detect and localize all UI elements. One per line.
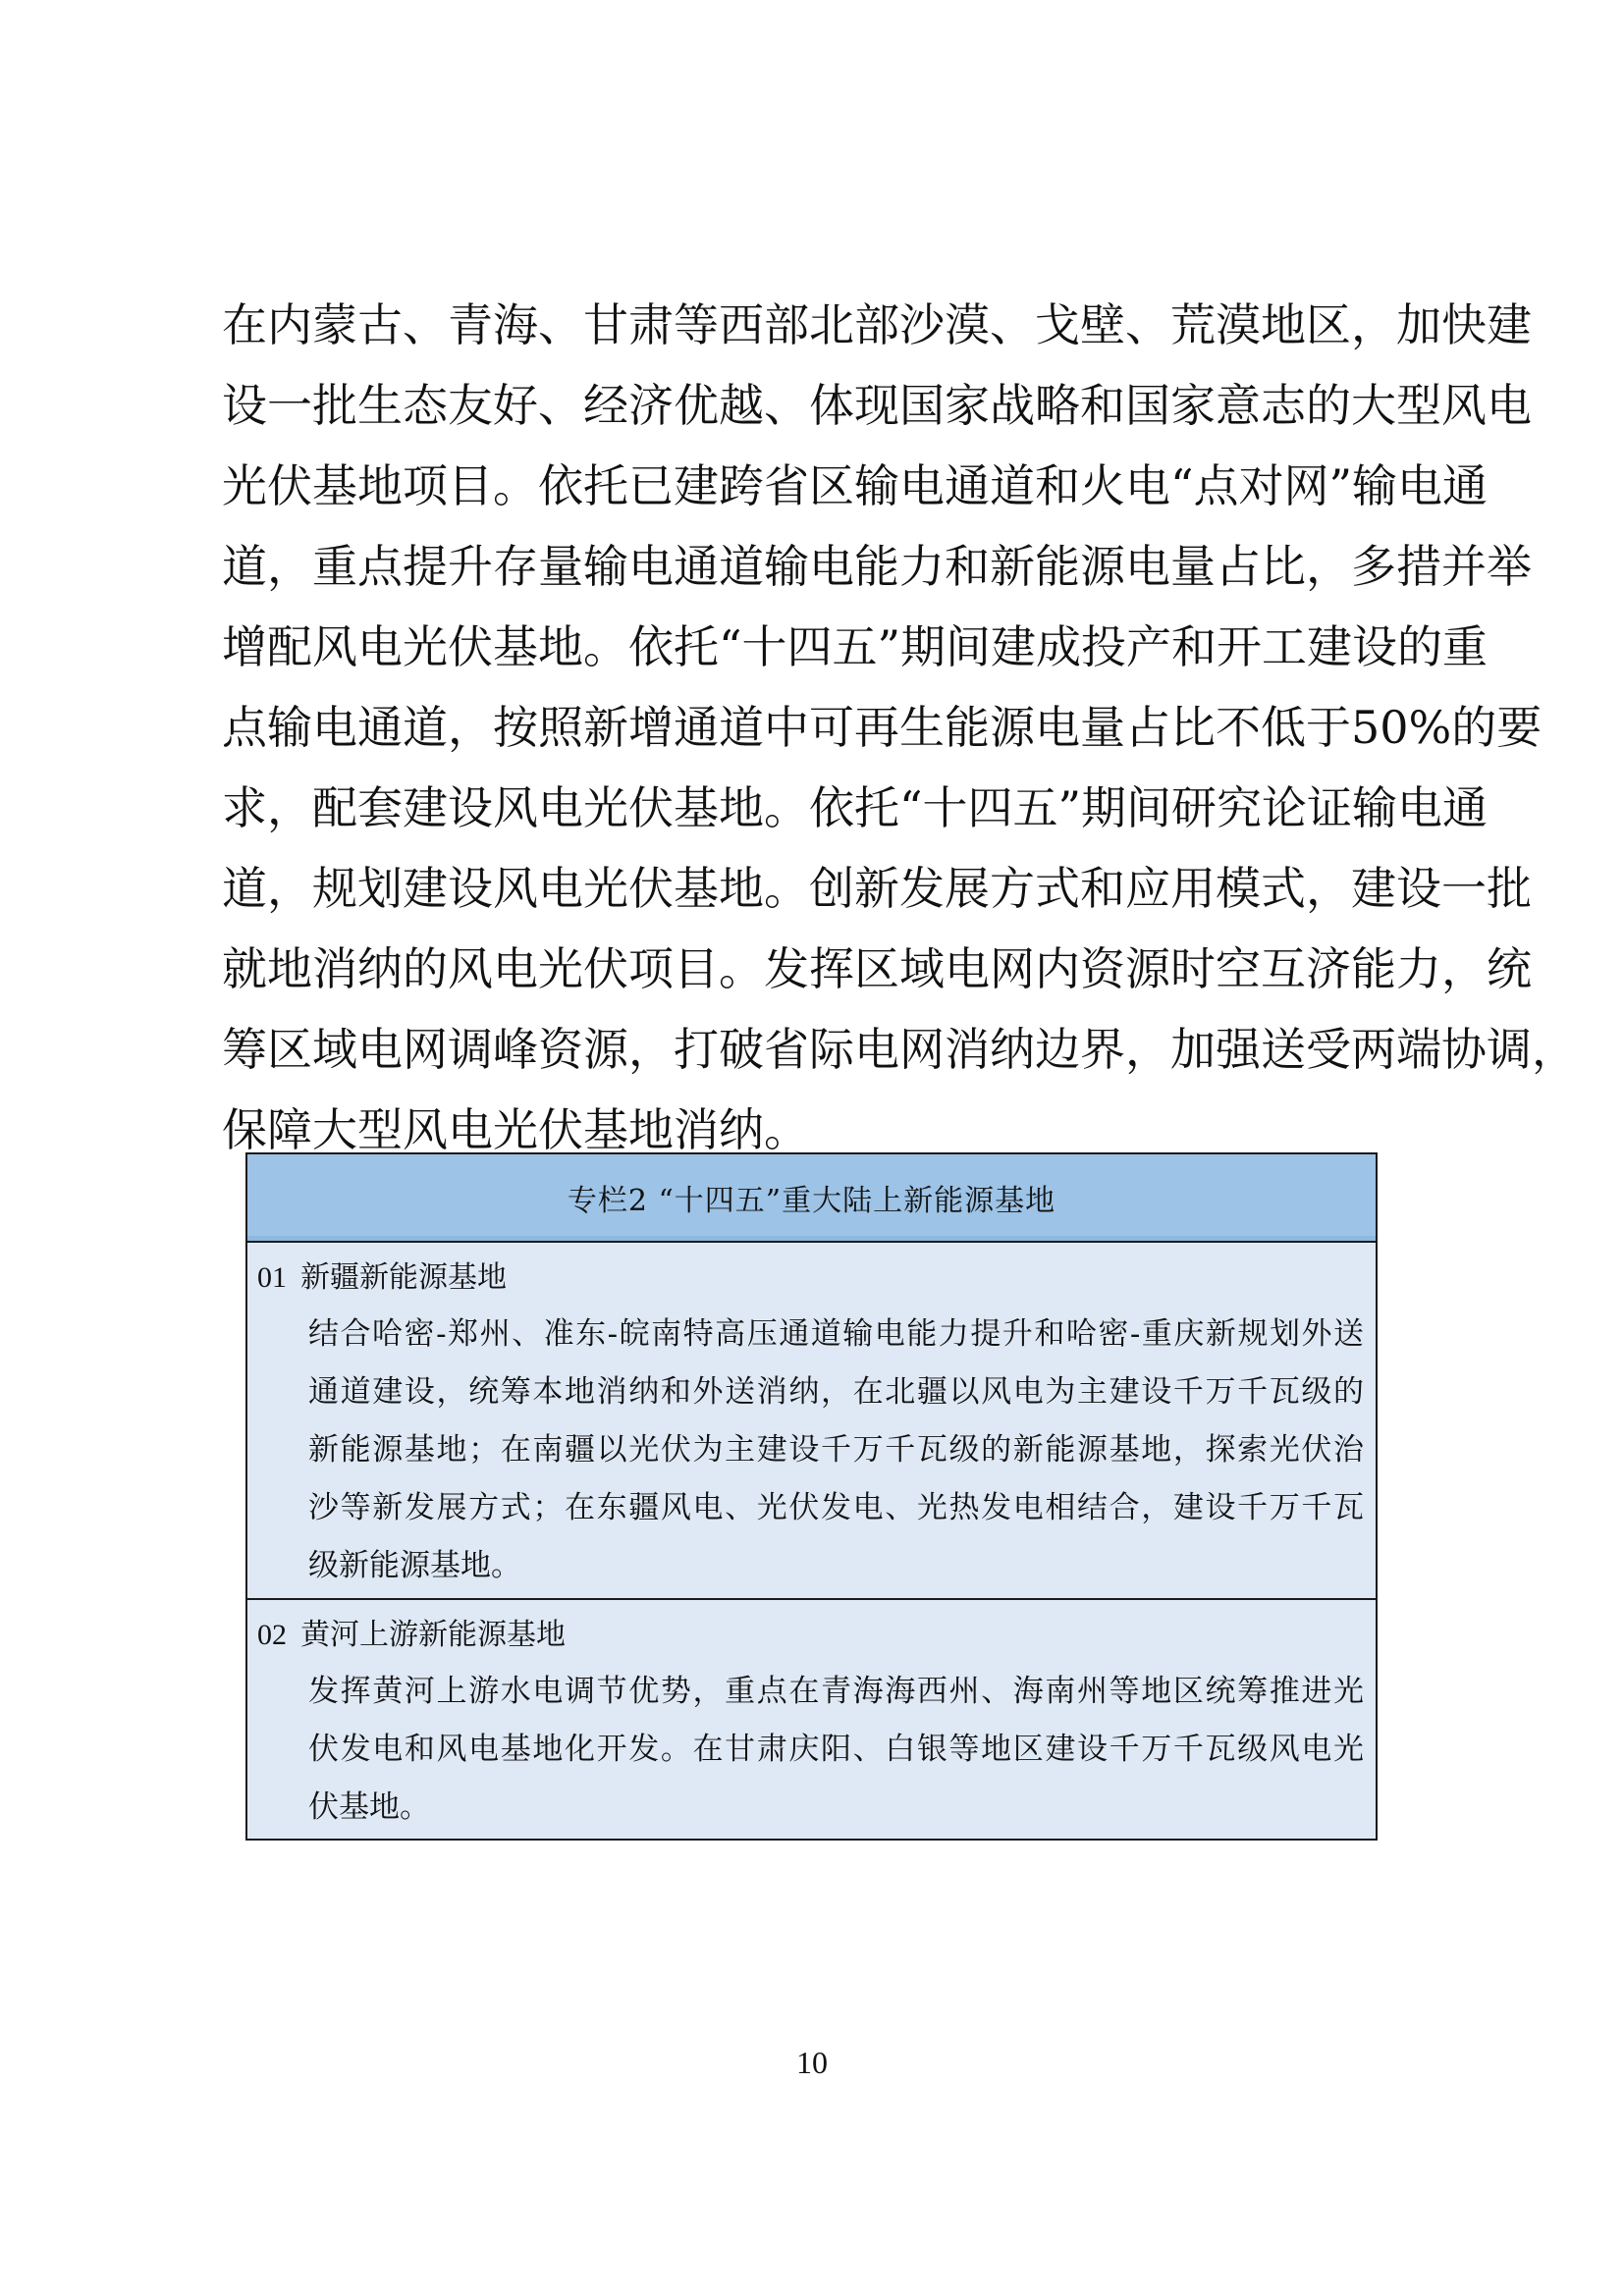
row-heading: 02黄河上游新能源基地 [257,1608,1364,1663]
box-row-yellow-river: 02黄河上游新能源基地 发挥黄河上游水电调节优势，重点在青海海西州、海南州等地区… [247,1600,1376,1841]
paragraph-line: 设一批生态友好、经济优越、体现国家战略和国家意志的大型风电 [222,375,1414,455]
row-body-line: 伏发电和风电基地化开发。在甘肃庆阳、白银等地区建设千万千瓦级风电光 [308,1721,1364,1779]
paragraph-line: 道，重点提升存量输电通道输电能力和新能源电量占比，多措并举 [222,536,1414,616]
row-title: 新疆新能源基地 [300,1260,507,1295]
row-body-line: 沙等新发展方式；在东疆风电、光伏发电、光热发电相结合，建设千万千瓦 [308,1479,1364,1537]
column-box: 专栏2 “十四五”重大陆上新能源基地 01新疆新能源基地 结合哈密-郑州、准东-… [245,1152,1378,1841]
paragraph-line: 筹区域电网调峰资源，打破省际电网消纳边界，加强送受两端协调， [222,1019,1414,1099]
row-number: 01 [257,1261,287,1294]
row-body-line: 新能源基地；在南疆以光伏为主建设千万千瓦级的新能源基地，探索光伏治 [308,1421,1364,1479]
paragraph-line: 增配风电光伏基地。依托“十四五”期间建成投产和开工建设的重 [222,616,1414,697]
row-heading: 01新疆新能源基地 [257,1251,1364,1306]
box-row-xinjiang: 01新疆新能源基地 结合哈密-郑州、准东-皖南特高压通道输电能力提升和哈密-重庆… [247,1243,1376,1600]
row-number: 02 [257,1619,287,1651]
row-body: 发挥黄河上游水电调节优势，重点在青海海西州、海南州等地区统筹推进光 伏发电和风电… [257,1663,1364,1837]
paragraph-line: 道，规划建设风电光伏基地。创新发展方式和应用模式，建设一批 [222,858,1414,938]
paragraph-line: 在内蒙古、青海、甘肃等西部北部沙漠、戈壁、荒漠地区，加快建 [222,294,1414,375]
row-title: 黄河上游新能源基地 [300,1618,566,1652]
row-body-line: 通道建设，统筹本地消纳和外送消纳，在北疆以风电为主建设千万千瓦级的 [308,1363,1364,1421]
row-body: 结合哈密-郑州、准东-皖南特高压通道输电能力提升和哈密-重庆新规划外送 通道建设… [257,1306,1364,1595]
row-body-line: 伏基地。 [308,1779,1364,1837]
page-number: 10 [0,2045,1624,2081]
row-body-line: 结合哈密-郑州、准东-皖南特高压通道输电能力提升和哈密-重庆新规划外送 [308,1306,1364,1363]
box-title: 专栏2 “十四五”重大陆上新能源基地 [247,1154,1376,1243]
paragraph-line: 求，配套建设风电光伏基地。依托“十四五”期间研究论证输电通 [222,777,1414,858]
body-paragraph: 在内蒙古、青海、甘肃等西部北部沙漠、戈壁、荒漠地区，加快建 设一批生态友好、经济… [222,294,1414,1180]
row-body-line: 发挥黄河上游水电调节优势，重点在青海海西州、海南州等地区统筹推进光 [308,1663,1364,1721]
paragraph-line: 就地消纳的风电光伏项目。发挥区域电网内资源时空互济能力，统 [222,938,1414,1019]
paragraph-line: 点输电通道，按照新增通道中可再生能源电量占比不低于50%的要 [222,697,1414,777]
paragraph-line: 光伏基地项目。依托已建跨省区输电通道和火电“点对网”输电通 [222,455,1414,536]
row-body-line: 级新能源基地。 [308,1537,1364,1595]
